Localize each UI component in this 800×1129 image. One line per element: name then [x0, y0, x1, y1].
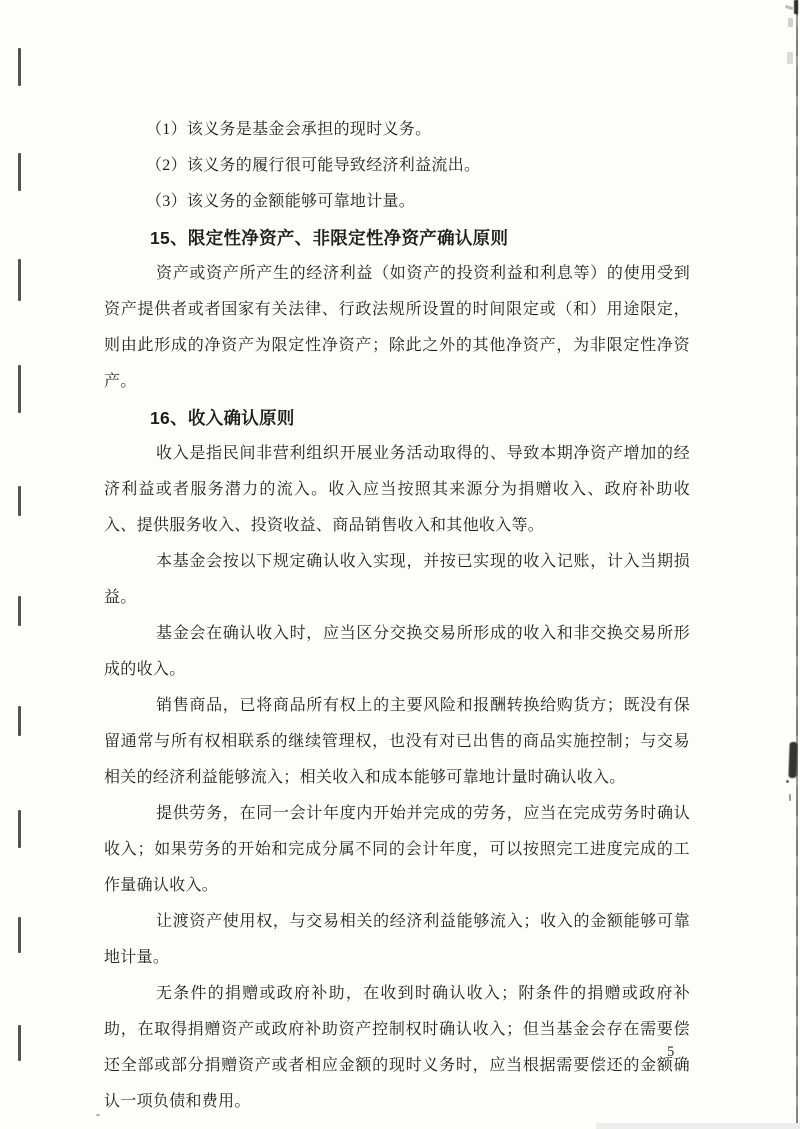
section-heading: 15、限定性净资产、非限定性净资产确认原则	[104, 220, 690, 256]
paragraph: 本基金会按以下规定确认收入实现，并按已实现的收入记账，计入当期损益。	[104, 544, 690, 616]
scan-mark	[18, 365, 21, 413]
scan-bottom-band	[596, 1123, 800, 1129]
scan-mark	[18, 917, 21, 953]
scan-edge-line	[796, 0, 798, 1129]
paragraph: 无条件的捐赠或政府补助，在收到时确认收入；附条件的捐赠或政府补助，在取得捐赠资产…	[104, 976, 690, 1120]
scan-ink-dot	[789, 794, 791, 801]
paragraph: 收入是指民间非营利组织开展业务活动取得的、导致本期净资产增加的经济利益或者服务潜…	[104, 436, 690, 544]
scan-ink-smudge	[788, 742, 797, 778]
document-page: （1）该义务是基金会承担的现时义务。（2）该义务的履行很可能导致经济利益流出。（…	[0, 0, 800, 1129]
scan-speck	[96, 1114, 100, 1116]
paragraph: 销售商品，已将商品所有权上的主要风险和报酬转换给购货方；既没有保留通常与所有权相…	[104, 688, 690, 796]
scan-mark	[18, 596, 21, 626]
list-item: （3）该义务的金额能够可靠地计量。	[104, 184, 690, 220]
page-number: 5	[667, 1044, 674, 1061]
scan-mark	[18, 810, 21, 848]
scan-mark	[18, 1025, 21, 1061]
document-content: （1）该义务是基金会承担的现时义务。（2）该义务的履行很可能导致经济利益流出。（…	[104, 112, 690, 1120]
scan-corner-marks	[779, 4, 795, 78]
scan-mark	[18, 48, 21, 86]
paragraph: 提供劳务，在同一会计年度内开始并完成的劳务，应当在完成劳务时确认收入；如果劳务的…	[104, 796, 690, 904]
list-item: （1）该义务是基金会承担的现时义务。	[104, 112, 690, 148]
list-item: （2）该义务的履行很可能导致经济利益流出。	[104, 148, 690, 184]
scan-ink-dot	[786, 780, 789, 783]
scan-mark	[18, 153, 21, 191]
paragraph: 让渡资产使用权，与交易相关的经济利益能够流入；收入的金额能够可靠地计量。	[104, 904, 690, 976]
paragraph: 基金会在确认收入时，应当区分交换交易所形成的收入和非交换交易所形成的收入。	[104, 616, 690, 688]
scan-mark	[18, 259, 21, 301]
scan-mark	[18, 486, 21, 516]
section-heading: 16、收入确认原则	[104, 400, 690, 436]
scan-mark	[18, 706, 21, 736]
paragraph: 资产或资产所产生的经济利益（如资产的投资利益和利息等）的使用受到资产提供者或者国…	[104, 256, 690, 400]
